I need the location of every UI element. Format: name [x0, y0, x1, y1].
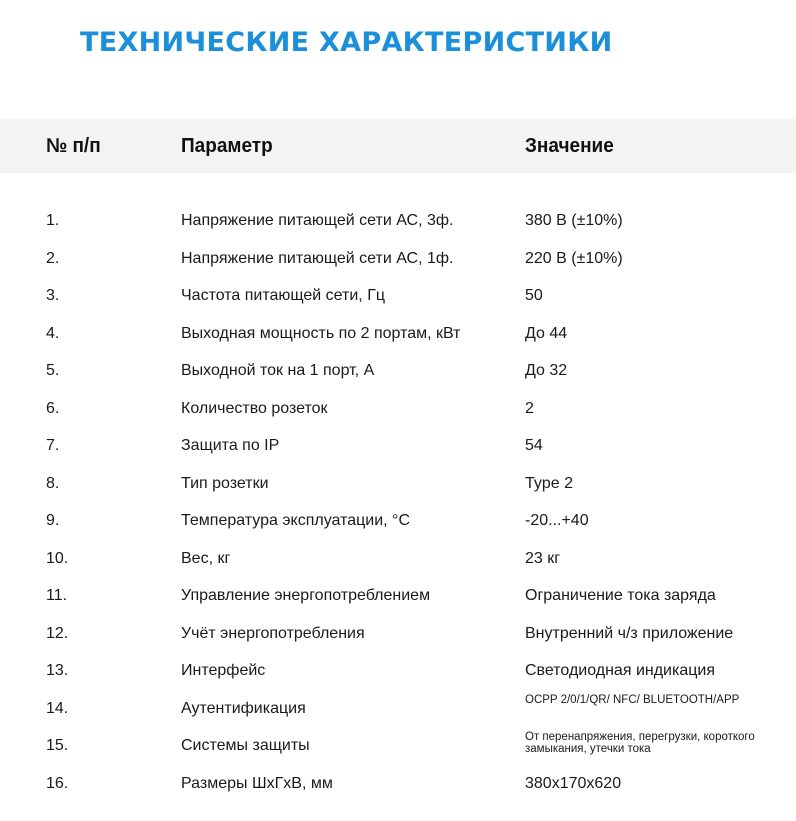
row-number: 13.: [46, 662, 68, 680]
row-value: 23 кг: [525, 550, 560, 568]
row-number: 5.: [46, 362, 59, 380]
row-number: 9.: [46, 512, 59, 530]
table-row: 4.Выходная мощность по 2 портам, кВтДо 4…: [0, 316, 796, 354]
spec-table-body: 1.Напряжение питающей сети АС, 3ф.380 В …: [0, 203, 796, 803]
row-number: 16.: [46, 775, 68, 793]
row-parameter: Интерфейс: [181, 662, 265, 680]
row-value: OCPP 2/0/1/QR/ NFC/ BLUETOOTH/APP: [525, 694, 785, 706]
row-number: 12.: [46, 625, 68, 643]
row-value: 220 В (±10%): [525, 250, 623, 268]
table-row: 8.Тип розеткиType 2: [0, 466, 796, 504]
table-row: 15.Системы защитыОт перенапряжения, пере…: [0, 728, 796, 766]
row-parameter: Частота питающей сети, Гц: [181, 287, 385, 305]
table-row: 2.Напряжение питающей сети АС, 1ф.220 В …: [0, 241, 796, 279]
row-value: Type 2: [525, 475, 573, 493]
row-value: Ограничение тока заряда: [525, 587, 716, 605]
table-row: 14.АутентификацияOCPP 2/0/1/QR/ NFC/ BLU…: [0, 691, 796, 729]
header-number: № п/п: [46, 135, 101, 158]
row-value: -20...+40: [525, 512, 589, 530]
table-row: 13.ИнтерфейсСветодиодная индикация: [0, 653, 796, 691]
table-row: 16.Размеры ШхГхВ, мм380x170x620: [0, 766, 796, 804]
table-row: 3.Частота питающей сети, Гц50: [0, 278, 796, 316]
row-parameter: Количество розеток: [181, 400, 328, 418]
table-row: 11.Управление энергопотреблениемОграниче…: [0, 578, 796, 616]
table-row: 7.Защита по IP54: [0, 428, 796, 466]
row-number: 7.: [46, 437, 59, 455]
row-number: 3.: [46, 287, 59, 305]
row-number: 15.: [46, 737, 68, 755]
row-parameter: Выходной ток на 1 порт, А: [181, 362, 374, 380]
row-value: 380 В (±10%): [525, 212, 623, 230]
row-parameter: Учёт энергопотребления: [181, 625, 365, 643]
table-row: 6.Количество розеток2: [0, 391, 796, 429]
row-number: 2.: [46, 250, 59, 268]
table-header: [0, 119, 796, 173]
table-row: 9.Температура эксплуатации, °С-20...+40: [0, 503, 796, 541]
row-parameter: Защита по IP: [181, 437, 279, 455]
row-number: 1.: [46, 212, 59, 230]
row-value: От перенапряжения, перегрузки, короткого…: [525, 731, 785, 755]
row-parameter: Тип розетки: [181, 475, 269, 493]
row-value: Светодиодная индикация: [525, 662, 715, 680]
row-number: 10.: [46, 550, 68, 568]
row-value: Внутренний ч/з приложение: [525, 625, 733, 643]
row-number: 6.: [46, 400, 59, 418]
row-parameter: Аутентификация: [181, 700, 306, 718]
row-value: До 32: [525, 362, 567, 380]
table-row: 12.Учёт энергопотребленияВнутренний ч/з …: [0, 616, 796, 654]
row-value: 380x170x620: [525, 775, 621, 793]
row-number: 14.: [46, 700, 68, 718]
row-number: 8.: [46, 475, 59, 493]
table-row: 1.Напряжение питающей сети АС, 3ф.380 В …: [0, 203, 796, 241]
table-row: 5.Выходной ток на 1 порт, АДо 32: [0, 353, 796, 391]
row-value: До 44: [525, 325, 567, 343]
row-value: 2: [525, 400, 534, 418]
row-number: 11.: [46, 587, 67, 605]
page-title: ТЕХНИЧЕСКИЕ ХАРАКТЕРИСТИКИ: [80, 27, 612, 58]
header-parameter: Параметр: [181, 135, 273, 158]
row-parameter: Температура эксплуатации, °С: [181, 512, 410, 530]
row-value: 54: [525, 437, 543, 455]
row-parameter: Размеры ШхГхВ, мм: [181, 775, 333, 793]
row-parameter: Вес, кг: [181, 550, 230, 568]
row-parameter: Выходная мощность по 2 портам, кВт: [181, 325, 461, 343]
row-parameter: Напряжение питающей сети АС, 3ф.: [181, 212, 453, 230]
header-value: Значение: [525, 135, 614, 158]
table-row: 10.Вес, кг23 кг: [0, 541, 796, 579]
row-value: 50: [525, 287, 543, 305]
row-number: 4.: [46, 325, 59, 343]
row-parameter: Системы защиты: [181, 737, 310, 755]
row-parameter: Управление энергопотреблением: [181, 587, 430, 605]
row-parameter: Напряжение питающей сети АС, 1ф.: [181, 250, 453, 268]
